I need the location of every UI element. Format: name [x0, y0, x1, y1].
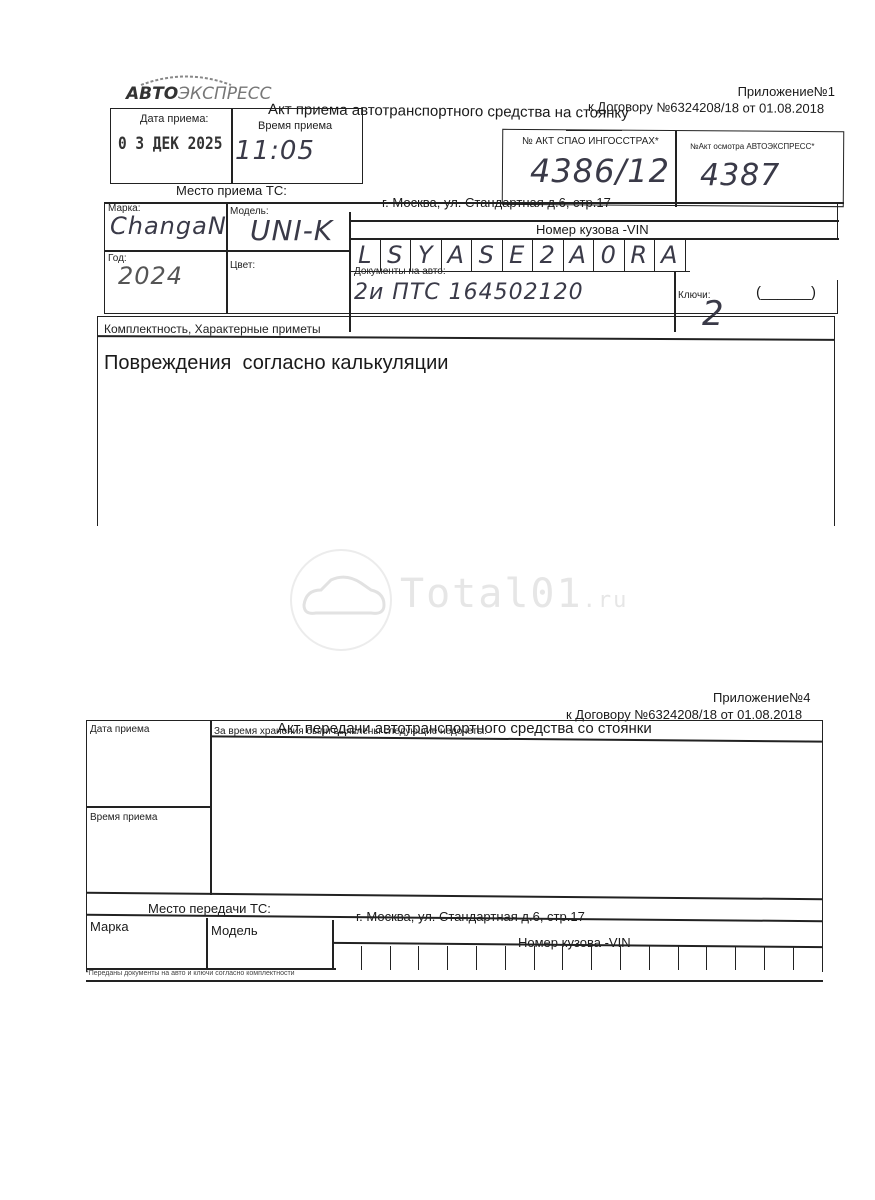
total01-watermark: Total01.ru: [286, 545, 616, 645]
vin-empty-cell: [679, 946, 708, 970]
vin-empty-cell: [736, 946, 765, 970]
redacted-area: [690, 240, 850, 280]
vin-empty-cell: [448, 946, 477, 970]
avtoexpress-act-label: №Акт осмотра АВТОЭКСПРЕСС*: [690, 142, 814, 151]
watermark-suffix: .ru: [583, 588, 629, 613]
handover-vin-cells: [333, 946, 823, 970]
handover-footnote: *Переданы документы на авто и ключи согл…: [86, 970, 295, 977]
vin-empty-cell: [391, 946, 420, 970]
vin-char-cell: A: [564, 239, 595, 271]
vin-char-cell: A: [442, 239, 473, 271]
vin-empty-cell: [794, 946, 823, 970]
brand-value: ChangaN: [110, 212, 227, 240]
logo-thin-text: ЭКСПРЕСС: [178, 84, 271, 104]
vin-empty-cell: [650, 946, 679, 970]
documents-value: 2и ПТС 164502120: [354, 280, 584, 305]
date-label: Дата приема:: [140, 113, 209, 125]
location-label: Место приема ТС:: [176, 183, 287, 198]
completeness-label: Комплектность, Характерные приметы: [104, 322, 321, 336]
vin-empty-cell: [477, 946, 506, 970]
documents-label: Документы на авто:: [354, 266, 446, 277]
appendix-4-label: Приложение№4: [713, 690, 810, 705]
ingosstrakh-act-number: 4386/12: [530, 152, 670, 190]
ingosstrakh-act-label: № АКТ СПАО ИНГОССТРАХ*: [522, 136, 659, 147]
vin-empty-cell: [419, 946, 448, 970]
completeness-box: [97, 316, 835, 526]
avtoexpress-act-number: 4387: [700, 158, 780, 193]
avtoexpress-logo: АВТОЭКСПРЕСС: [126, 72, 236, 106]
vin-empty-cell: [333, 946, 362, 970]
appendix-1-label: Приложение№1: [738, 84, 835, 99]
year-value: 2024: [118, 262, 183, 290]
vin-empty-cell: [506, 946, 535, 970]
handover-date-label: Дата приема: [90, 724, 149, 735]
logo-bold-text: АВТО: [126, 84, 178, 104]
time-value: 11:05: [235, 136, 315, 166]
vin-char-cell: A: [655, 239, 686, 271]
vin-char-cell: S: [472, 239, 503, 271]
color-label: Цвет:: [230, 260, 255, 271]
watermark-text: Total01: [400, 571, 583, 617]
handover-model-label: Модель: [211, 923, 258, 938]
vin-char-cell: R: [625, 239, 656, 271]
defects-label: За время хранения были выявлены следующи…: [214, 726, 487, 737]
vin-empty-cell: [592, 946, 621, 970]
vin-char-cell: 2: [533, 239, 564, 271]
handover-main-box: [86, 720, 823, 972]
vin-empty-cell: [535, 946, 564, 970]
handover-brand-label: Марка: [90, 919, 129, 934]
completeness-value: Повреждения согласно калькуляции: [104, 352, 448, 375]
car-circle-icon: [286, 545, 396, 655]
date-stamp: 0 3 ДЕК 2025: [118, 134, 222, 154]
vin-empty-cell: [362, 946, 391, 970]
vin-char-cell: 0: [594, 239, 625, 271]
vin-empty-cell: [563, 946, 592, 970]
vin-empty-cell: [621, 946, 650, 970]
vin-empty-cell: [707, 946, 736, 970]
model-value: UNI-K: [250, 214, 333, 247]
handover-time-label: Время приема: [90, 812, 157, 823]
vin-label: Номер кузова -VIN: [536, 222, 649, 237]
time-label: Время приема: [258, 120, 332, 132]
vin-empty-cell: [765, 946, 794, 970]
vin-char-cell: E: [503, 239, 534, 271]
keys-extra: (______): [756, 284, 816, 301]
